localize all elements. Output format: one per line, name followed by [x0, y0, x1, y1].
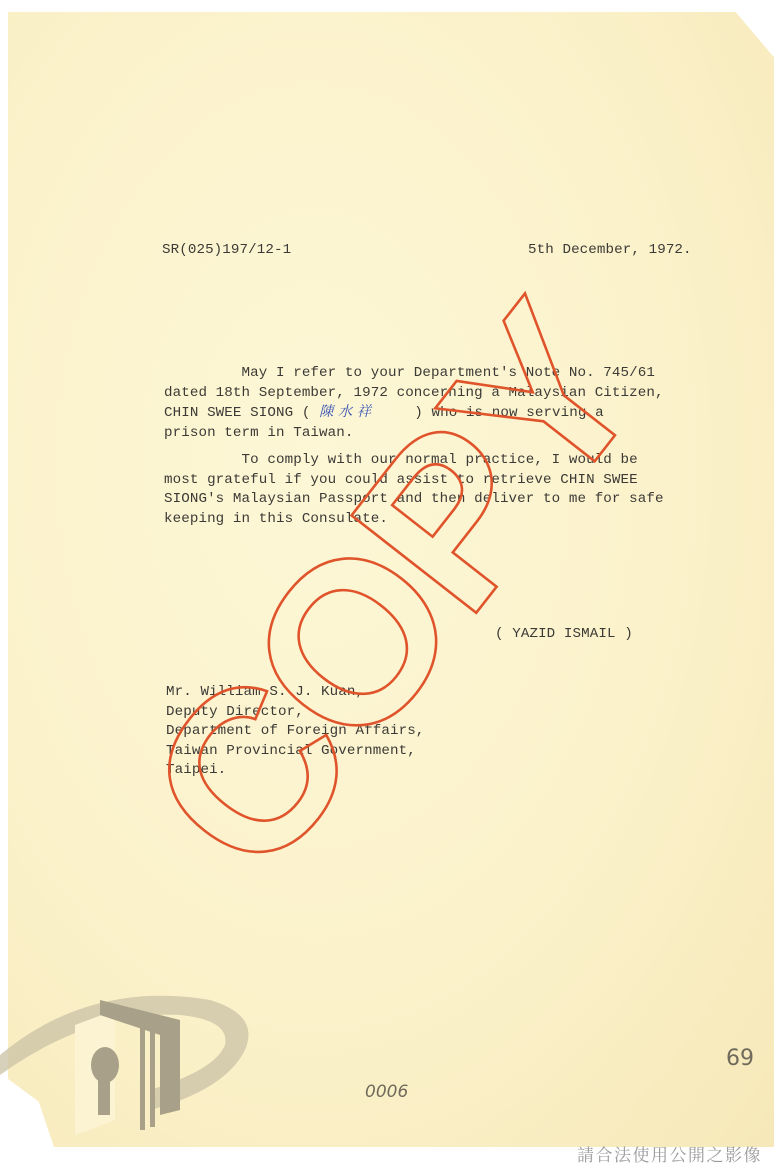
p1-line-1: May I refer to your Department's Note No… — [164, 365, 655, 381]
addressee-line: Taipei. — [166, 762, 226, 778]
watermark-text: 請合法使用公開之影像 — [577, 1141, 762, 1166]
p2-line-2: most grateful if you could assist to ret… — [164, 472, 638, 488]
handwritten-folio: 69 — [726, 1046, 754, 1071]
addressee-block: Mr. William S. J. Kuan, Deputy Director,… — [166, 683, 424, 781]
p1-line-4: prison term in Taiwan. — [164, 425, 354, 441]
archive-logo-icon — [0, 960, 260, 1160]
p2-line-3: SIONG's Malaysian Passport and then deli… — [164, 491, 664, 507]
addressee-line: Mr. William S. J. Kuan, — [166, 684, 364, 700]
paragraph-2: To comply with our normal practice, I wo… — [164, 451, 664, 529]
addressee-line: Deputy Director, — [166, 704, 304, 720]
addressee-line: Department of Foreign Affairs, — [166, 723, 424, 739]
chinese-name: 陳 水 祥 — [319, 404, 371, 420]
letter-date: 5th December, 1972. — [528, 241, 692, 261]
p2-line-4: keeping in this Consulate. — [164, 511, 388, 527]
paragraph-1: May I refer to your Department's Note No… — [164, 364, 664, 443]
signature-block: ( YAZID ISMAIL ) — [495, 625, 633, 645]
p2-line-1: To comply with our normal practice, I wo… — [164, 452, 638, 468]
addressee-line: Taiwan Provincial Government, — [166, 743, 416, 759]
handwritten-page-number: 0006 — [365, 1082, 408, 1102]
p1-line-2: dated 18th September, 1972 concerning a … — [164, 385, 664, 401]
p1-line-3b: ) who is now serving a — [414, 405, 604, 421]
p1-line-3a: CHIN SWEE SIONG ( — [164, 405, 310, 421]
reference-number: SR(025)197/12-1 — [162, 241, 291, 261]
